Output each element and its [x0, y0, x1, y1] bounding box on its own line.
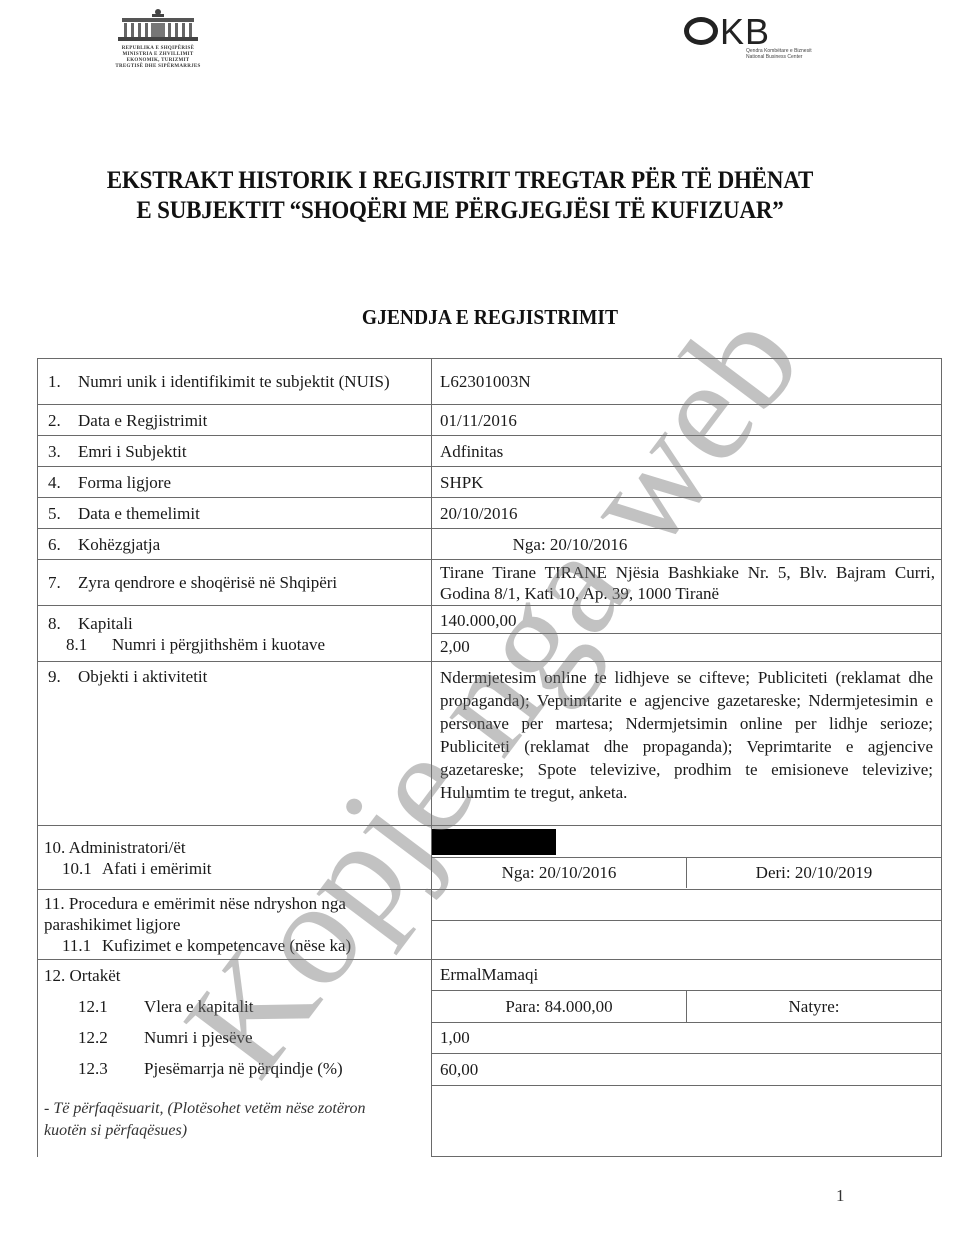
table-row: 7.Zyra qendrore e shoqërisë në Shqipëri …: [38, 560, 942, 606]
okb-o-icon: [684, 17, 718, 45]
row-label: 1.Numri unik i identifikimit te subjekti…: [38, 359, 432, 405]
document-title: EKSTRAKT HISTORIK I REGJISTRIT TREGTAR P…: [101, 166, 819, 226]
partners-cell: ErmalMamaqi Para: 84.000,00 Natyre: 1,00…: [432, 960, 942, 1157]
term-to: Deri: 20/10/2019: [686, 858, 941, 888]
row-label: 3.Emri i Subjektit: [38, 436, 432, 467]
nuis-value: L62301003N: [432, 359, 942, 405]
table-row: 6.Kohëzgjatja Nga: 20/10/2016: [38, 529, 942, 560]
duration-value: Nga: 20/10/2016: [432, 529, 942, 560]
table-row: 10. Administratori/ët 10.1Afati i emërim…: [38, 826, 942, 890]
table-row: 8.Kapitali 8.1Numri i përgjithshëm i kuo…: [38, 606, 942, 662]
appointment-procedure-value: [432, 890, 941, 921]
ministry-caption: REPUBLIKA E SHQIPËRISË MINISTRIA E ZHVIL…: [72, 46, 244, 70]
competence-limits-value: [432, 921, 941, 959]
row-label: 11. Procedura e emërimit nëse ndryshon n…: [38, 890, 432, 960]
redacted-administrator: [432, 829, 556, 855]
table-row: 12. Ortakët 12.1Vlera e kapitalit 12.2Nu…: [38, 960, 942, 1157]
capital-value: 140.000,00: [432, 608, 941, 634]
capital-cell: 140.000,00 2,00: [432, 606, 942, 662]
activity-object-value: Ndermjetesim online te lidhjeve se cifte…: [432, 662, 942, 826]
partner-name-value: ErmalMamaqi: [432, 960, 941, 991]
row-label: 8.Kapitali 8.1Numri i përgjithshëm i kuo…: [38, 606, 432, 662]
okb-wordmark: KB: [684, 14, 770, 50]
subject-name-value: Adfinitas: [432, 436, 942, 467]
row-label: 6.Kohëzgjatja: [38, 529, 432, 560]
okb-subtitle: Qendra Kombëtare e Biznesit National Bus…: [746, 48, 846, 60]
table-row: 4.Forma ligjore SHPK: [38, 467, 942, 498]
participation-percent-value: 60,00: [432, 1054, 941, 1086]
section-title: GJENDJA E REGJISTRIMIT: [72, 304, 909, 330]
registration-table: 1.Numri unik i identifikimit te subjekti…: [37, 358, 942, 1157]
row-label: 10. Administratori/ët 10.1Afati i emërim…: [38, 826, 432, 890]
head-office-value: Tirane Tirane TIRANE Njësia Bashkiake Nr…: [432, 560, 942, 606]
appointment-procedure-cell: [432, 890, 942, 960]
row-label: 12. Ortakët 12.1Vlera e kapitalit 12.2Nu…: [38, 960, 432, 1157]
shares-count-value: 1,00: [432, 1023, 941, 1054]
table-row: 1.Numri unik i identifikimit te subjekti…: [38, 359, 942, 405]
capital-cash-value: Para: 84.000,00: [432, 991, 686, 1022]
row-label: 2.Data e Regjistrimit: [38, 405, 432, 436]
page-number: 1: [836, 1186, 845, 1206]
capital-in-kind-value: Natyre:: [686, 991, 941, 1022]
table-row: 9.Objekti i aktivitetit Ndermjetesim onl…: [38, 662, 942, 826]
representative-value: [432, 1086, 941, 1156]
legal-form-value: SHPK: [432, 467, 942, 498]
okb-logo: KB Qendra Kombëtare e Biznesit National …: [684, 14, 834, 58]
registration-date-value: 01/11/2016: [432, 405, 942, 436]
ministry-logo: REPUBLIKA E SHQIPËRISË MINISTRIA E ZHVIL…: [72, 6, 244, 68]
quota-count-value: 2,00: [432, 634, 941, 659]
row-label: 7.Zyra qendrore e shoqërisë në Shqipëri: [38, 560, 432, 606]
table-row: 3.Emri i Subjektit Adfinitas: [38, 436, 942, 467]
row-label: 5.Data e themelimit: [38, 498, 432, 529]
founding-date-value: 20/10/2016: [432, 498, 942, 529]
table-row: 2.Data e Regjistrimit 01/11/2016: [38, 405, 942, 436]
row-label: 9.Objekti i aktivitetit: [38, 662, 432, 826]
representative-note: - Të përfaqësuarit, (Plotësohet vetëm në…: [44, 1098, 394, 1142]
administrators-cell: Nga: 20/10/2016 Deri: 20/10/2019: [432, 826, 942, 890]
table-row: 5.Data e themelimit 20/10/2016: [38, 498, 942, 529]
table-row: 11. Procedura e emërimit nëse ndryshon n…: [38, 890, 942, 960]
term-from: Nga: 20/10/2016: [432, 858, 686, 888]
row-label: 4.Forma ligjore: [38, 467, 432, 498]
parliament-building-icon: [116, 8, 200, 44]
